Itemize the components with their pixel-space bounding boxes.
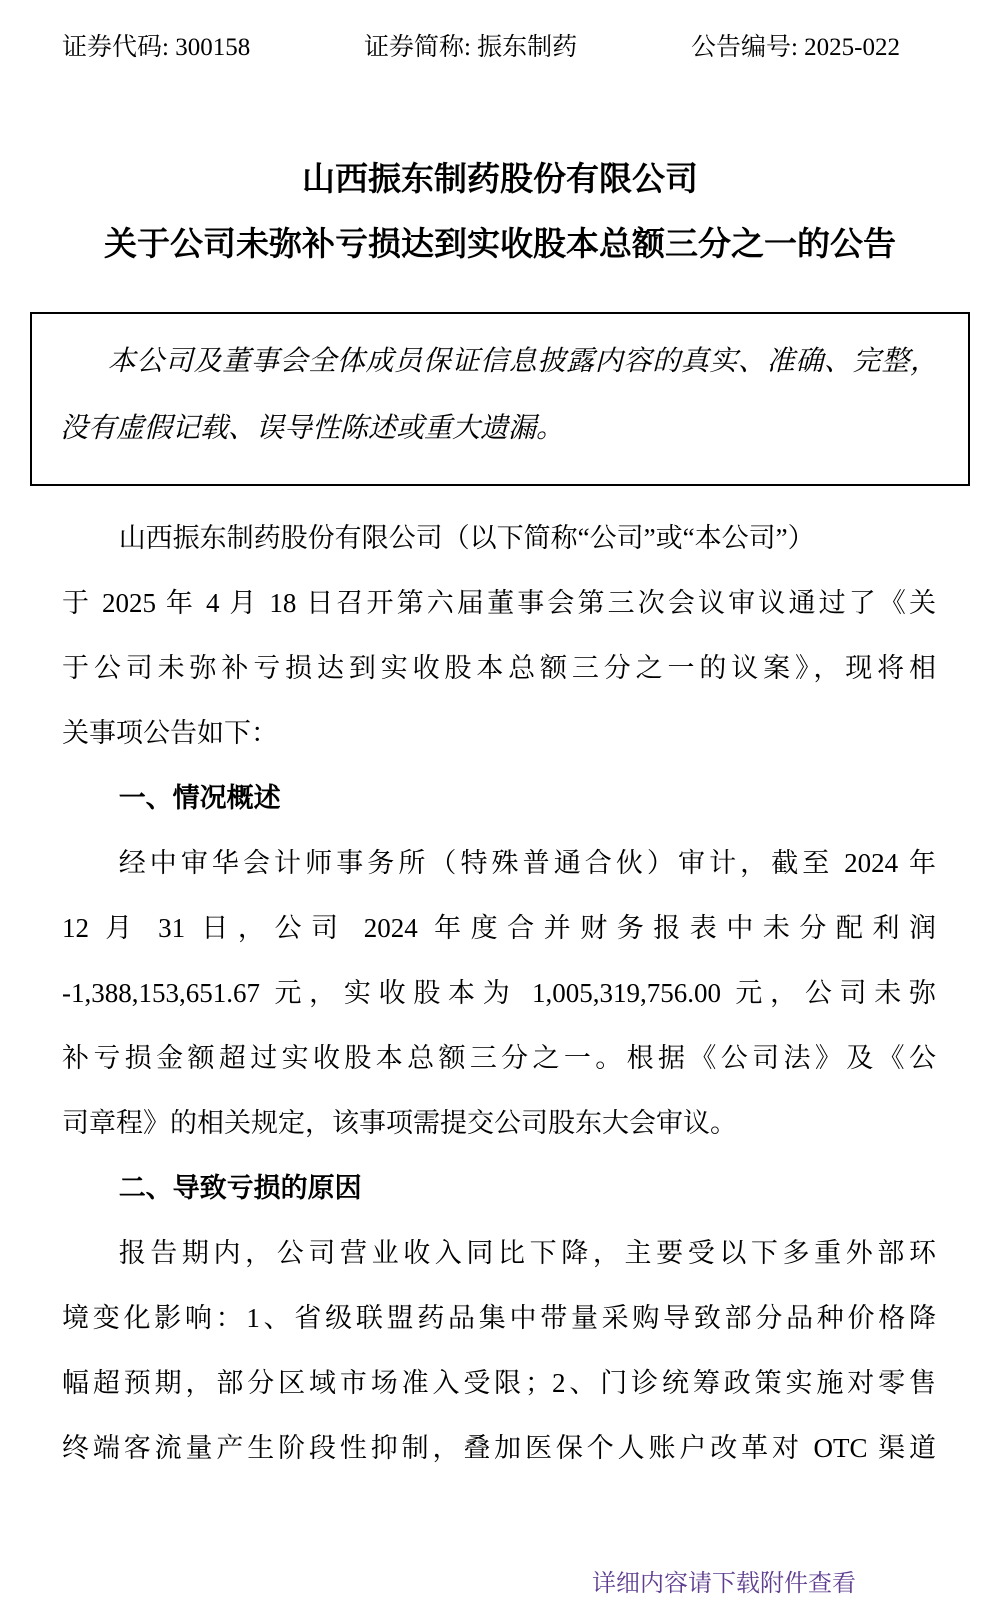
announcement-title: 关于公司未弥补亏损达到实收股本总额三分之一的公告 [0, 226, 1000, 266]
document-footer: 详细内容请下载附件查看 [0, 1563, 856, 1598]
disclaimer-line: 没有虚假记载、误导性陈述或重大遗漏。 [60, 395, 938, 462]
section-heading-2: 二、导致亏损的原因 [62, 1156, 936, 1221]
body-line: 境变化影响：1、省级联盟药品集中带量采购导致部分品种价格降 [62, 1286, 936, 1351]
stock-short-name: 证券简称: 振东制药 [364, 33, 577, 63]
announcement-number: 公告编号: 2025-022 [691, 33, 900, 63]
attachment-download-link[interactable]: 详细内容请下载附件查看 [592, 1570, 856, 1597]
body-line: 于公司未弥补亏损达到实收股本总额三分之一的议案》，现将相 [62, 636, 936, 701]
body-line: 幅超预期，部分区域市场准入受限；2、门诊统筹政策实施对零售 [62, 1351, 936, 1416]
stock-code: 证券代码: 300158 [62, 33, 250, 63]
document-header: 证券代码: 300158 证券简称: 振东制药 公告编号: 2025-022 [62, 33, 900, 63]
body-line: 于 2025 年 4 月 18 日召开第六届董事会第三次会议审议通过了《关 [62, 571, 936, 636]
company-title: 山西振东制药股份有限公司 [0, 161, 1000, 201]
body-line: 12 月 31 日，公司 2024 年度合并财务报表中未分配利润 [62, 896, 936, 961]
body-line: 补亏损金额超过实收股本总额三分之一。根据《公司法》及《公 [62, 1026, 936, 1091]
disclaimer-box: 本公司及董事会全体成员保证信息披露内容的真实、准确、完整， 没有虚假记载、误导性… [30, 312, 970, 486]
body-line: 关事项公告如下： [62, 701, 936, 766]
announcement-body: 山西振东制药股份有限公司（以下简称“公司”或“本公司”） 于 2025 年 4 … [62, 506, 936, 1481]
body-line: 经中审华会计师事务所（特殊普通合伙）审计，截至 2024 年 [62, 831, 936, 896]
announcement-page: { "page": { "background": "#ffffff", "te… [0, 0, 1000, 1617]
section-heading-1: 一、情况概述 [62, 766, 936, 831]
body-line: 终端客流量产生阶段性抑制，叠加医保个人账户改革对 OTC 渠道 [62, 1416, 936, 1481]
body-line: 司章程》的相关规定，该事项需提交公司股东大会审议。 [62, 1091, 936, 1156]
body-line: 报告期内，公司营业收入同比下降，主要受以下多重外部环 [62, 1221, 936, 1286]
body-line: -1,388,153,651.67 元，实收股本为 1,005,319,756.… [62, 961, 936, 1026]
disclaimer-line: 本公司及董事会全体成员保证信息披露内容的真实、准确、完整， [60, 328, 938, 395]
body-line: 山西振东制药股份有限公司（以下简称“公司”或“本公司”） [62, 506, 936, 571]
